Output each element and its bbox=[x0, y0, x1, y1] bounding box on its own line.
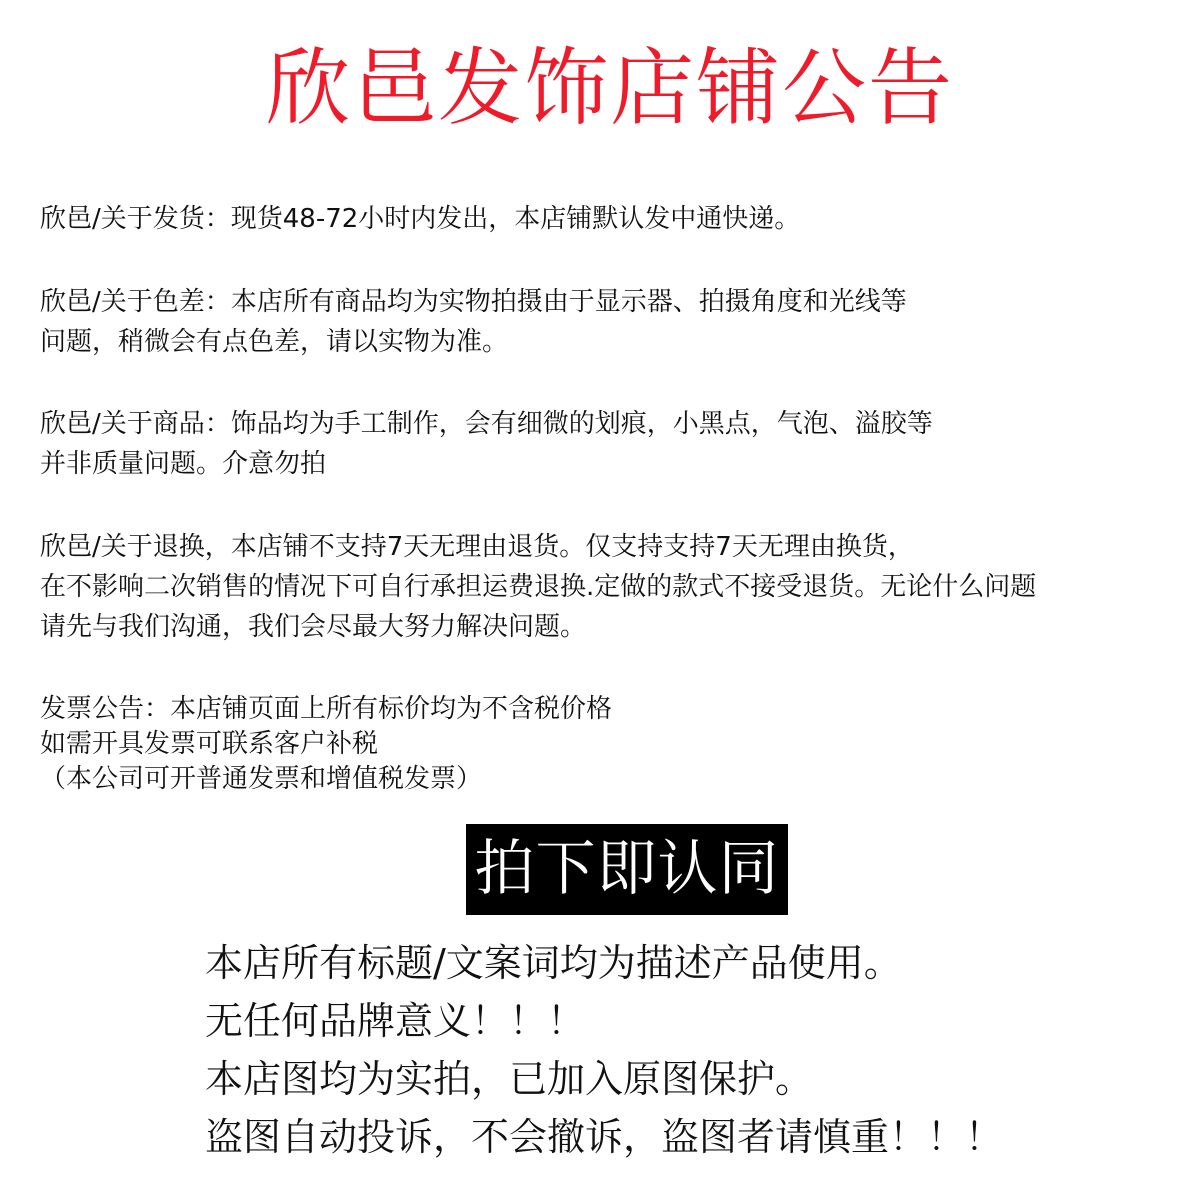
notice-line: 在不影响二次销售的情况下可自行承担运费退换.定做的款式不接受退货。无论什么问题 bbox=[40, 567, 1036, 607]
notice-color-difference: 欣邑/关于色差：本店所有商品均为实物拍摄由于显示器、拍摄角度和光线等 问题，稍微… bbox=[40, 282, 907, 362]
notice-line: 欣邑/关于退换，本店铺不支持7天无理由退货。仅支持支持7天无理由换货， bbox=[40, 527, 1036, 567]
notice-line: 欣邑/关于发货：现货48-72小时内发出，本店铺默认发中通快递。 bbox=[40, 199, 800, 239]
purchase-agreement-banner: 拍下即认同 bbox=[466, 824, 788, 915]
notice-line: 发票公告：本店铺页面上所有标价均为不含税价格 bbox=[40, 692, 612, 727]
copyright-disclaimer: 本店所有标题/文案词均为描述产品使用。 无任何品牌意义！！！ 本店图均为实拍，已… bbox=[205, 934, 1003, 1166]
notice-line: 欣邑/关于色差：本店所有商品均为实物拍摄由于显示器、拍摄角度和光线等 bbox=[40, 282, 907, 322]
notice-line: （本公司可开普通发票和增值税发票） bbox=[40, 762, 612, 797]
notice-line: 请先与我们沟通，我们会尽最大努力解决问题。 bbox=[40, 607, 1036, 647]
notice-returns: 欣邑/关于退换，本店铺不支持7天无理由退货。仅支持支持7天无理由换货， 在不影响… bbox=[40, 527, 1036, 647]
notice-line: 欣邑/关于商品：饰品均为手工制作，会有细微的划痕，小黑点，气泡、溢胶等 bbox=[40, 404, 933, 444]
disclaimer-line: 盗图自动投诉，不会撤诉，盗图者请慎重！！！ bbox=[205, 1108, 1003, 1166]
store-announcement-title: 欣邑发饰店铺公告 bbox=[0, 28, 1200, 148]
notice-line: 如需开具发票可联系客户补税 bbox=[40, 727, 612, 762]
notice-line: 问题，稍微会有点色差，请以实物为准。 bbox=[40, 322, 907, 362]
notice-shipping: 欣邑/关于发货：现货48-72小时内发出，本店铺默认发中通快递。 bbox=[40, 199, 800, 239]
notice-line: 并非质量问题。介意勿拍 bbox=[40, 444, 933, 484]
disclaimer-line: 本店所有标题/文案词均为描述产品使用。 bbox=[205, 934, 1003, 992]
disclaimer-line: 本店图均为实拍，已加入原图保护。 bbox=[205, 1050, 1003, 1108]
notice-invoice: 发票公告：本店铺页面上所有标价均为不含税价格 如需开具发票可联系客户补税 （本公… bbox=[40, 692, 612, 797]
disclaimer-line: 无任何品牌意义！！！ bbox=[205, 992, 1003, 1050]
notice-product-quality: 欣邑/关于商品：饰品均为手工制作，会有细微的划痕，小黑点，气泡、溢胶等 并非质量… bbox=[40, 404, 933, 484]
